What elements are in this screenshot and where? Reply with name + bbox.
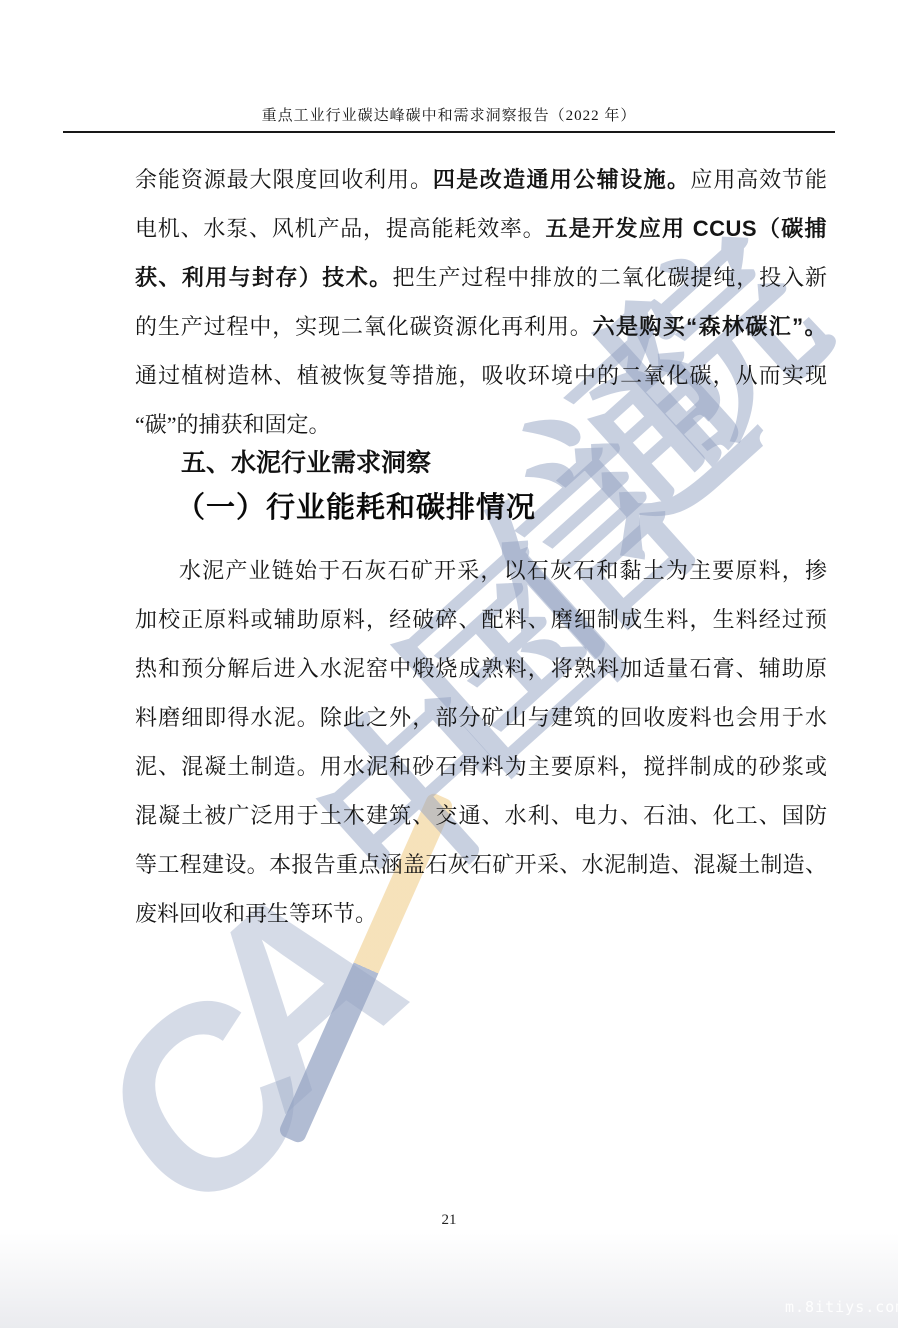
text-run: “碳”的捕获和固定。: [135, 412, 331, 437]
text-run: 把生产过程中排放的二氧化碳提纯，投入新: [393, 265, 827, 290]
bold-run: 五是开发应用 CCUS（碳捕: [546, 216, 828, 241]
text-run: 加校正原料或辅助原料，经破碎、配料、磨细制成生料，生料经过预: [135, 607, 827, 632]
text-run: 等工程建设。本报告重点涵盖石灰石矿开采、水泥制造、混凝土制造、: [135, 852, 827, 877]
text-run: 泥、混凝土制造。用水泥和砂石骨料为主要原料，搅拌制成的砂浆或: [135, 754, 827, 779]
text-run: 的生产过程中，实现二氧化碳资源化再利用。: [135, 314, 593, 339]
text-run: 电机、水泵、风机产品，提高能耗效率。: [135, 216, 546, 241]
text-run: 混凝土被广泛用于土木建筑、交通、水利、电力、石油、化工、国防: [135, 803, 827, 828]
paragraph-emission-measures: 余能资源最大限度回收利用。四是改造通用公辅设施。应用高效节能电机、水泵、风机产品…: [135, 155, 827, 449]
bold-run: 四是改造通用公辅设施。: [433, 167, 691, 192]
section-heading-cement: 五、水泥行业需求洞察: [181, 444, 431, 482]
text-line: 料磨细即得水泥。除此之外，部分矿山与建筑的回收废料也会用于水: [135, 693, 827, 742]
text-run: 废料回收和再生等环节。: [135, 901, 377, 926]
bold-run: 获、利用与封存）技术。: [135, 265, 393, 290]
text-run: 余能资源最大限度回收利用。: [135, 167, 433, 192]
paragraph-cement-industry-chain: 水泥产业链始于石灰石矿开采，以石灰石和黏土为主要原料，掺加校正原料或辅助原料，经…: [135, 546, 827, 938]
text-line: “碳”的捕获和固定。: [135, 400, 827, 449]
text-line: 电机、水泵、风机产品，提高能耗效率。五是开发应用 CCUS（碳捕: [135, 204, 827, 253]
text-line: 混凝土被广泛用于土木建筑、交通、水利、电力、石油、化工、国防: [135, 791, 827, 840]
header-title: 重点工业行业碳达峰碳中和需求洞察报告（2022 年）: [0, 104, 898, 125]
text-run: 热和预分解后进入水泥窑中煅烧成熟料，将熟料加适量石膏、辅助原: [135, 656, 827, 681]
header-divider: [63, 131, 835, 133]
text-run: 料磨细即得水泥。除此之外，部分矿山与建筑的回收废料也会用于水: [135, 705, 827, 730]
text-run: 应用高效节能: [690, 167, 827, 192]
text-line: 通过植树造林、植被恢复等措施，吸收环境中的二氧化碳，从而实现: [135, 351, 827, 400]
text-line: 废料回收和再生等环节。: [135, 889, 827, 938]
text-line: 加校正原料或辅助原料，经破碎、配料、磨细制成生料，生料经过预: [135, 595, 827, 644]
corner-watermark: m.8itiys.com: [785, 1298, 898, 1316]
page-number: 21: [0, 1212, 898, 1229]
text-line: 热和预分解后进入水泥窑中煅烧成熟料，将熟料加适量石膏、辅助原: [135, 644, 827, 693]
text-line: 泥、混凝土制造。用水泥和砂石骨料为主要原料，搅拌制成的砂浆或: [135, 742, 827, 791]
bold-run: 六是购买“森林碳汇”。: [593, 314, 827, 339]
subsection-heading-energy-carbon: （一）行业能耗和碳排情况: [176, 487, 536, 529]
text-line: 的生产过程中，实现二氧化碳资源化再利用。六是购买“森林碳汇”。: [135, 302, 827, 351]
text-line: 水泥产业链始于石灰石矿开采，以石灰石和黏土为主要原料，掺: [135, 546, 827, 595]
text-line: 获、利用与封存）技术。把生产过程中排放的二氧化碳提纯，投入新: [135, 253, 827, 302]
text-line: 等工程建设。本报告重点涵盖石灰石矿开采、水泥制造、混凝土制造、: [135, 840, 827, 889]
document-page: CA中国信通院 重点工业行业碳达峰碳中和需求洞察报告（2022 年） 余能资源最…: [0, 0, 898, 1328]
text-line: 余能资源最大限度回收利用。四是改造通用公辅设施。应用高效节能: [135, 155, 827, 204]
bottom-gradient: [0, 1233, 898, 1328]
text-run: 通过植树造林、植被恢复等措施，吸收环境中的二氧化碳，从而实现: [135, 363, 827, 388]
text-run: 水泥产业链始于石灰石矿开采，以石灰石和黏土为主要原料，掺: [179, 558, 827, 583]
